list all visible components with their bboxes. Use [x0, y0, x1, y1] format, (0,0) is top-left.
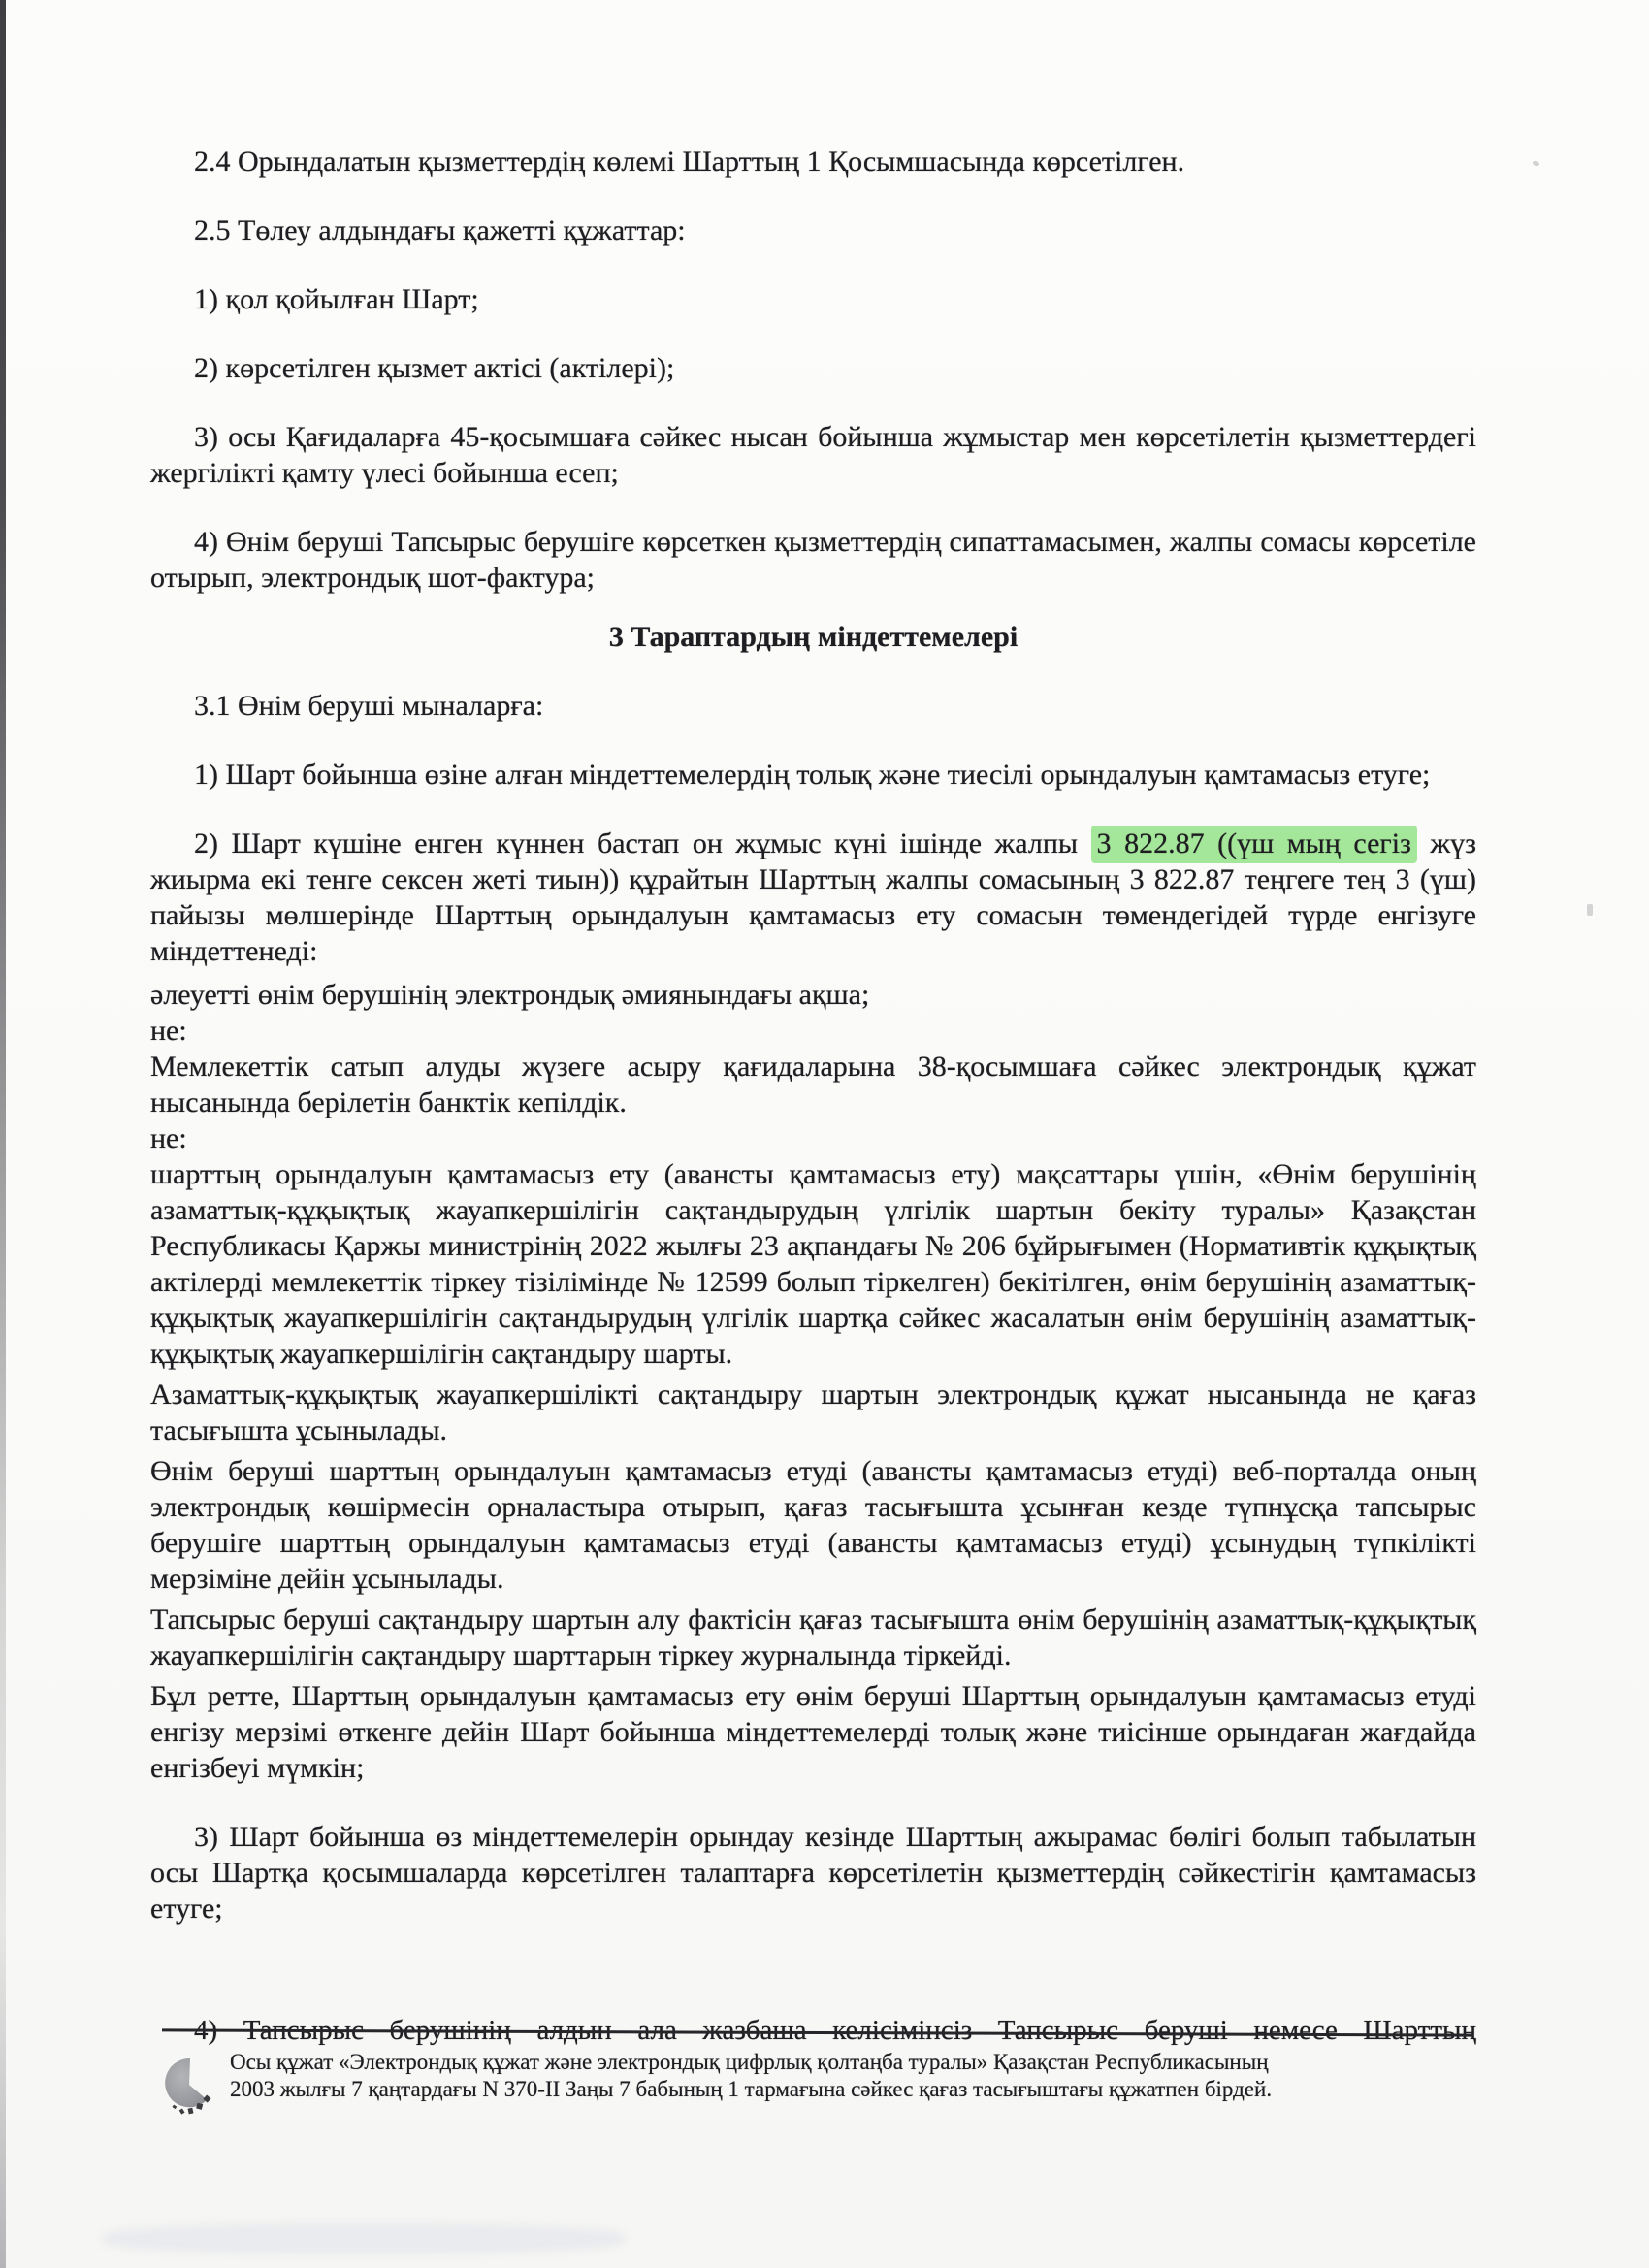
- security-option-bank-guarantee: Мемлекеттік сатып алуды жүзеге асыру қағ…: [150, 1049, 1476, 1120]
- supplier-obligation-3: 3) Шарт бойынша өз міндеттемелерін орынд…: [150, 1819, 1476, 1927]
- or-separator-2: не:: [150, 1120, 1476, 1156]
- or-separator-1: не:: [150, 1013, 1476, 1049]
- supplier-obligation-1: 1) Шарт бойынша өзіне алған міндеттемеле…: [150, 757, 1476, 793]
- security-option-insurance-contract: шарттың орындалуын қамтамасыз ету (аванс…: [150, 1156, 1476, 1372]
- registration-journal-paragraph: Тапсырыс беруші сақтандыру шартын алу фа…: [150, 1602, 1476, 1673]
- clause-3-1: 3.1 Өнім беруші мыналарға:: [150, 688, 1476, 724]
- contract-body: 2.4 Орындалатын қызметтердің көлемі Шарт…: [150, 144, 1476, 1927]
- obligation-2-text-before: 2) Шарт күшіне енген күннен бастап он жұ…: [194, 827, 1091, 859]
- section-3-heading: 3 Тараптардың міндеттемелері: [150, 619, 1476, 655]
- security-exemption-paragraph: Бұл ретте, Шарттың орындалуын қамтамасыз…: [150, 1678, 1476, 1786]
- supplier-obligation-2: 2) Шарт күшіне енген күннен бастап он жұ…: [150, 826, 1476, 969]
- clause-2-4: 2.4 Орындалатын қызметтердің көлемі Шарт…: [150, 144, 1476, 179]
- highlighted-contract-amount: 3 822.87 ((үш мың сегіз: [1091, 826, 1417, 863]
- clause-2-5: 2.5 Төлеу алдындағы қажетті құжаттар:: [150, 212, 1476, 248]
- scanned-contract-page: 2.4 Орындалатын қызметтердің көлемі Шарт…: [0, 0, 1649, 2268]
- insurance-form-paragraph: Азаматтық-құқықтық жауапкершілікті сақта…: [150, 1377, 1476, 1448]
- scan-smudge-artifact: [102, 2223, 626, 2254]
- payment-doc-item-3: 3) осы Қағидаларға 45-қосымшаға сәйкес н…: [150, 419, 1476, 491]
- security-option-wallet: әлеуетті өнім берушінің электрондық әмия…: [150, 977, 1476, 1013]
- esignature-footnote: Осы құжат «Электрондық құжат және электр…: [230, 2049, 1302, 2103]
- footnote-text: Осы құжат «Электрондық құжат және электр…: [230, 2049, 1302, 2103]
- payment-doc-item-2: 2) көрсетілген қызмет актісі (актілері);: [150, 350, 1476, 386]
- struck-clause-4: 4) Тапсырыс берушінің алдын ала жазбаша …: [150, 2013, 1476, 2049]
- payment-doc-item-1: 1) қол қойылған Шарт;: [150, 281, 1476, 317]
- payment-doc-item-4: 4) Өнім беруші Тапсырыс берушіге көрсетк…: [150, 524, 1476, 596]
- scan-edge-artifact: [0, 0, 6, 2268]
- scan-speck-artifact: [1587, 904, 1593, 916]
- web-portal-paragraph: Өнім беруші шарттың орындалуын қамтамасы…: [150, 1453, 1476, 1597]
- scan-speck-artifact: [1532, 160, 1539, 167]
- digital-signature-stamp-icon: [163, 2055, 219, 2119]
